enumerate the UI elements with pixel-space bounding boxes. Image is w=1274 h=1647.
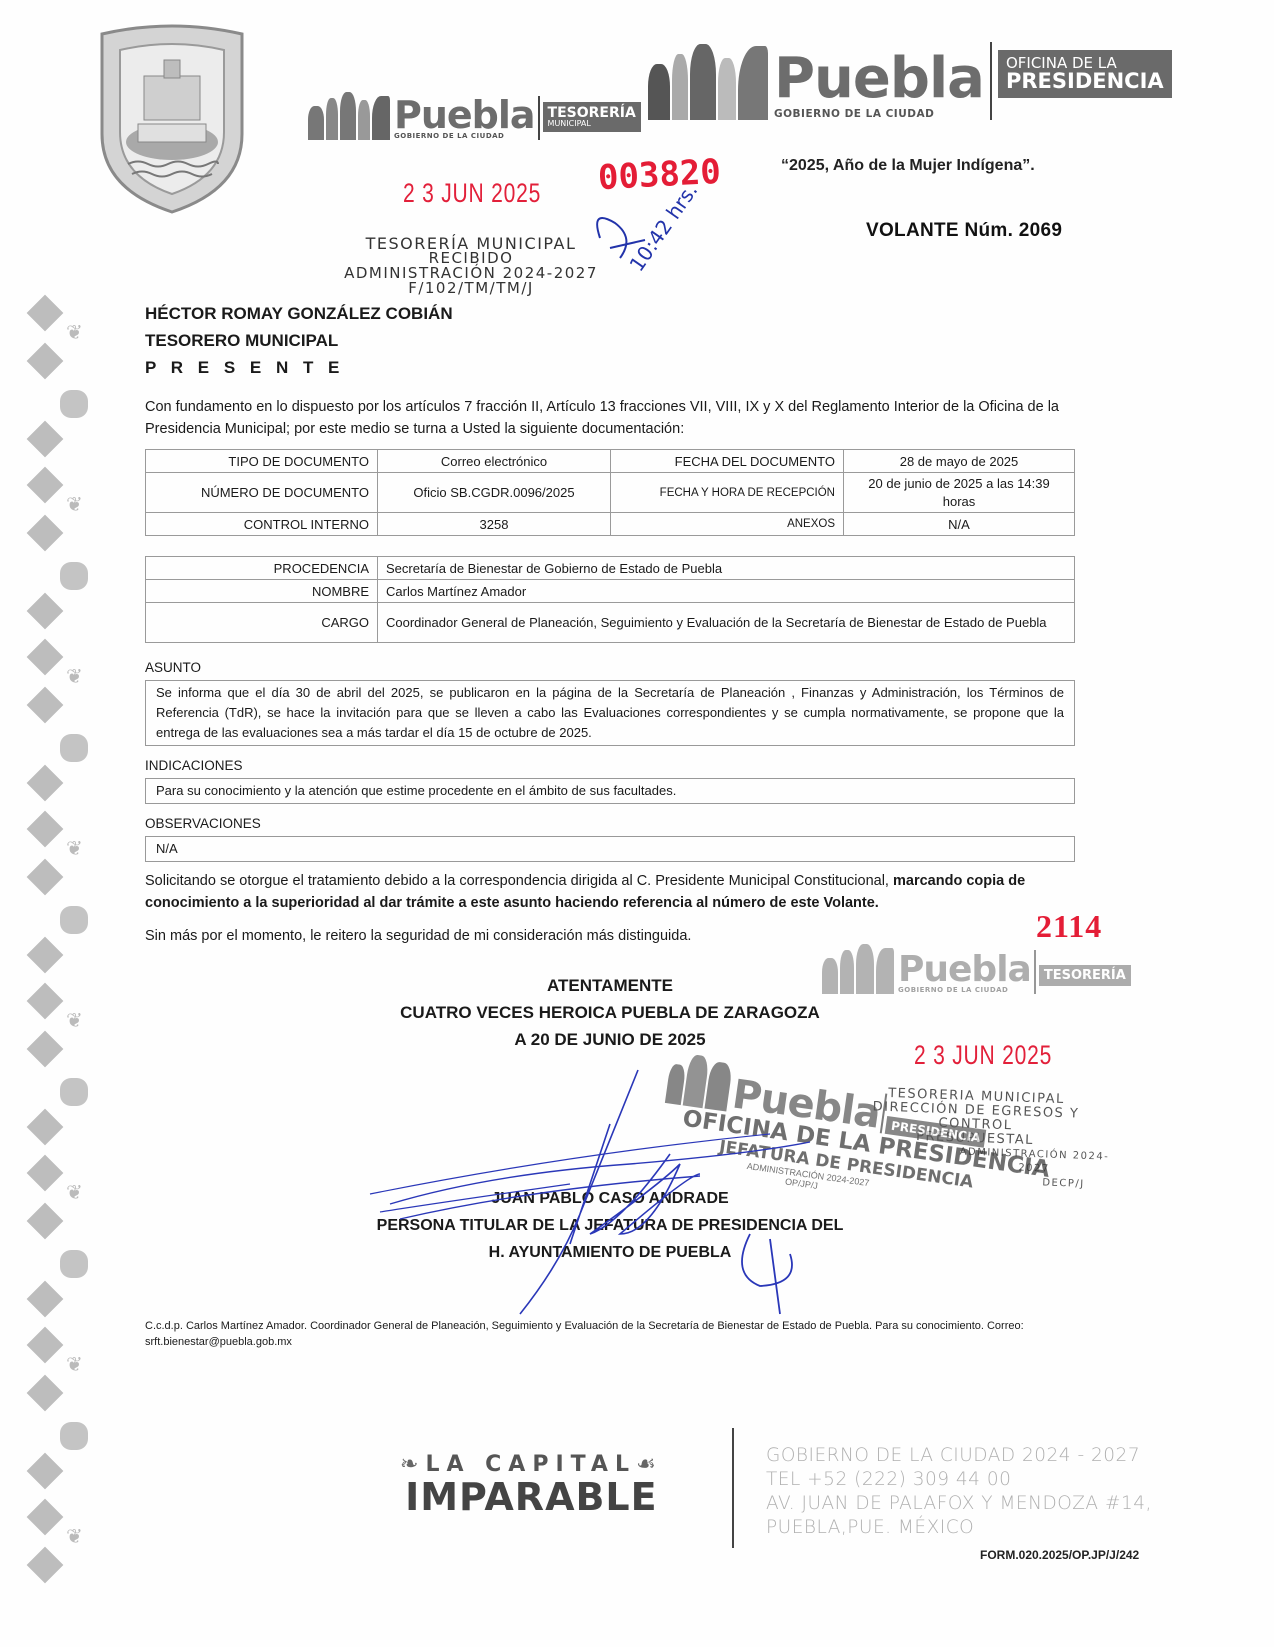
carbon-copy-note: C.c.d.p. Carlos Martínez Amador. Coordin…: [145, 1318, 1045, 1350]
handwritten-signature: [370, 1064, 830, 1329]
decorative-side-border: ❦ ❦ ❦ ❦ ❦ ❦ ❦ ❦: [24, 300, 84, 1590]
presidencia-badge: OFICINA DE LA PRESIDENCIA: [998, 50, 1172, 98]
receipt-date-stamp: 2 3 JUN 2025: [403, 178, 541, 209]
table-row: NOMBRE Carlos Martínez Amador: [146, 580, 1075, 603]
tesoreria-received-stamp: TESORERÍA MUNICIPAL RECIBIDO ADMINISTRAC…: [336, 236, 606, 296]
handwritten-time-annotation: 10:42 hrs.: [590, 178, 740, 293]
greeting: P R E S E N T E: [145, 354, 453, 381]
city-skyline-icon: [308, 92, 390, 140]
form-code: FORM.020.2025/OP.JP/J/242: [980, 1548, 1139, 1562]
table-row: PROCEDENCIA Secretaría de Bienestar de G…: [146, 557, 1075, 580]
indicaciones-text: Para su conocimiento y la atención que e…: [145, 778, 1075, 804]
presidencia-logo: Puebla GOBIERNO DE LA CIUDAD OFICINA DE …: [648, 42, 1172, 120]
closing-paragraph: Solicitando se otorgue el tratamiento de…: [145, 870, 1090, 914]
tesoreria-badge: TESORERÍA MUNICIPAL: [543, 102, 641, 132]
table-row: TIPO DE DOCUMENTO Correo electrónico FEC…: [146, 450, 1075, 473]
svg-text:10:42 hrs.: 10:42 hrs.: [624, 179, 702, 276]
wing-right-icon: ☙: [636, 1452, 663, 1477]
control-number-stamp: 2114: [1036, 908, 1102, 945]
table-row: CONTROL INTERNO 3258 ANEXOS N/A: [146, 513, 1075, 536]
tesoreria-logo: Puebla GOBIERNO DE LA CIUDAD TESORERÍA M…: [308, 92, 641, 140]
table-row: NÚMERO DE DOCUMENTO Oficio SB.CGDR.0096/…: [146, 473, 1075, 513]
addressee-name: HÉCTOR ROMAY GONZÁLEZ COBIÁN: [145, 300, 453, 327]
table-row: CARGO Coordinador General de Planeación,…: [146, 603, 1075, 643]
regards-line: Sin más por el momento, le reitero la se…: [145, 928, 691, 944]
volante-number: VOLANTE Núm. 2069: [866, 220, 1062, 242]
sender-info-table: PROCEDENCIA Secretaría de Bienestar de G…: [145, 556, 1075, 643]
city-skyline-icon: [648, 44, 768, 120]
city-crest-logo: [92, 24, 252, 214]
observaciones-text: N/A: [145, 836, 1075, 862]
egresos-date-stamp: 2 3 JUN 2025: [914, 1040, 1052, 1071]
footer-divider: [732, 1428, 734, 1548]
observaciones-label: OBSERVACIONES: [145, 816, 261, 831]
asunto-text: Se informa que el día 30 de abril del 20…: [145, 680, 1075, 746]
signature-header: ATENTAMENTE CUATRO VECES HEROICA PUEBLA …: [330, 972, 890, 1053]
la-capital-imparable-logo: ❧LA CAPITAL☙ IMPARABLE: [400, 1452, 663, 1517]
puebla-wordmark: Puebla: [394, 98, 535, 132]
addressee-title: TESORERO MUNICIPAL: [145, 327, 453, 354]
footer-contact-info: GOBIERNO DE LA CIUDAD 2024 - 2027 TEL +5…: [766, 1444, 1152, 1540]
flower-icon: [60, 390, 88, 418]
asunto-label: ASUNTO: [145, 660, 201, 675]
intro-paragraph: Con fundamento en lo dispuesto por los a…: [145, 396, 1085, 440]
indicaciones-label: INDICACIONES: [145, 758, 243, 773]
document-info-table: TIPO DE DOCUMENTO Correo electrónico FEC…: [145, 449, 1075, 536]
sprig-icon: ❦: [66, 320, 83, 344]
wing-left-icon: ❧: [400, 1452, 425, 1477]
year-motto: “2025, Año de la Mujer Indígena”.: [781, 157, 1035, 175]
puebla-wordmark: Puebla: [774, 54, 984, 104]
addressee-block: HÉCTOR ROMAY GONZÁLEZ COBIÁN TESORERO MU…: [145, 300, 453, 381]
